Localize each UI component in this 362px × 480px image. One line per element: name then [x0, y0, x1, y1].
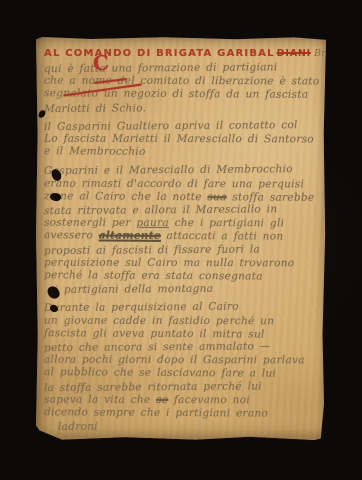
text-segment: perquisizione sul Cairo ma nulla trovaro…: [44, 256, 294, 269]
text-segment: Durante la perquisizione al Cairo: [44, 301, 239, 315]
struck-word: sua: [207, 191, 226, 203]
text-segment: facevamo noi: [168, 394, 250, 406]
text-segment: stata ritrovata e allora il Maresciallo …: [44, 203, 277, 217]
text-segment: Lo fascista Marietti il Maresciallo di S…: [44, 133, 314, 146]
text-segment: la stoffa sarebbe ritornata perché lui: [44, 380, 262, 394]
text-segment: ladroni: [58, 421, 98, 433]
handwriting: AL COMANDO DI BRIGATA GARIBALDIANIBruno …: [36, 37, 326, 438]
text-segment: proposti ai fascisti di fissare fuori la: [44, 243, 260, 257]
text-segment: petto che ancora si sente ammalato —: [44, 340, 271, 354]
text-segment: zione al Cairo che la notte: [44, 190, 208, 203]
handwritten-line: Mariotti di Schio.: [44, 101, 320, 116]
handwritten-line: Durante la perquisizione al Cairo: [44, 300, 320, 315]
underlined-word: paura: [136, 217, 169, 229]
paragraph: il Gasparini Gualtiero apriva il contatt…: [44, 120, 320, 160]
header-struck-word: DIANI: [277, 48, 311, 59]
struck-word: se: [156, 394, 168, 406]
document-page: AL COMANDO DI BRIGATA GARIBALDIANIBruno …: [36, 37, 326, 440]
handwritten-line: Gasparini e il Maresciallo di Membrocchi…: [44, 163, 320, 178]
correction-letter: C: [92, 50, 110, 75]
handwritten-line: ai partigiani della montagna: [44, 282, 320, 297]
handwritten-line: segnalato un negozio di stoffa da un fas…: [44, 88, 320, 103]
text-segment: stoffa sarebbe: [227, 191, 315, 204]
paragraph: qui è fatta una formazione di partigiani…: [44, 62, 320, 115]
handwritten-line: sapeva la vita che se facevamo noi: [44, 394, 320, 408]
text-segment: al pubblico che se lasciavano fare a lui: [44, 367, 276, 380]
text-segment: attaccati a fatti non: [161, 230, 284, 243]
text-segment: qui è fatta una formazione di partigiani: [44, 61, 278, 75]
text-segment: sapeva la vita che: [44, 394, 156, 406]
text-segment: dicendo sempre che i partigiani erano: [44, 406, 268, 419]
text-segment: allora pochi giorni dopo il Gasparini pa…: [44, 354, 305, 367]
paragraph: Gasparini e il Maresciallo di Membrocchi…: [44, 164, 320, 296]
handwritten-line: erano rimasti d'accordo di fare una perq…: [44, 177, 320, 191]
paragraph: Durante la perquisizione al Cairoun giov…: [44, 301, 320, 433]
text-segment: erano rimasti d'accordo di fare una perq…: [44, 177, 304, 190]
text-segment: e il Membrocchio: [44, 145, 146, 158]
handwritten-line: perquisizione sul Cairo ma nulla trovaro…: [44, 256, 320, 270]
handwritten-line: proposti ai fascisti di fissare fuori la: [44, 243, 320, 258]
text-segment: Gasparini e il Maresciallo di Membrocchi…: [44, 164, 293, 178]
handwritten-line: la stoffa sarebbe ritornata perché lui: [44, 380, 320, 395]
text-segment: sostenergli per: [44, 217, 136, 229]
text-segment: Mariotti di Schio.: [44, 102, 146, 115]
text-segment: che i partigiani gli: [169, 217, 284, 229]
handwritten-line: un giovane cadde in fastidio perché un: [44, 314, 320, 328]
header-title: AL COMANDO DI BRIGATA GARIBAL: [44, 48, 275, 59]
handwritten-line: e il Membrocchio: [44, 145, 320, 160]
struck-word: altamente: [99, 230, 161, 242]
text-segment: segnalato un negozio di stoffa da un fas…: [44, 88, 308, 102]
text-segment: un giovane cadde in fastidio perché un: [44, 314, 274, 327]
text-segment: perché la stoffa era stata consegnata: [44, 269, 263, 282]
handwritten-line: ladroni: [44, 419, 320, 434]
text-segment: ai partigiani della montagna: [48, 283, 213, 296]
text-segment: fascista gli aveva puntato il mitra sul: [44, 327, 265, 340]
document-header: AL COMANDO DI BRIGATA GARIBALDIANIBruno …: [44, 41, 320, 60]
text-segment: avessero: [44, 230, 99, 242]
handwritten-body: qui è fatta una formazione di partigiani…: [44, 62, 320, 433]
text-segment: il Gasparini Gualtiero apriva il contatt…: [44, 119, 298, 133]
text-segment: che a nome del comitato di liberazione è…: [44, 75, 320, 88]
